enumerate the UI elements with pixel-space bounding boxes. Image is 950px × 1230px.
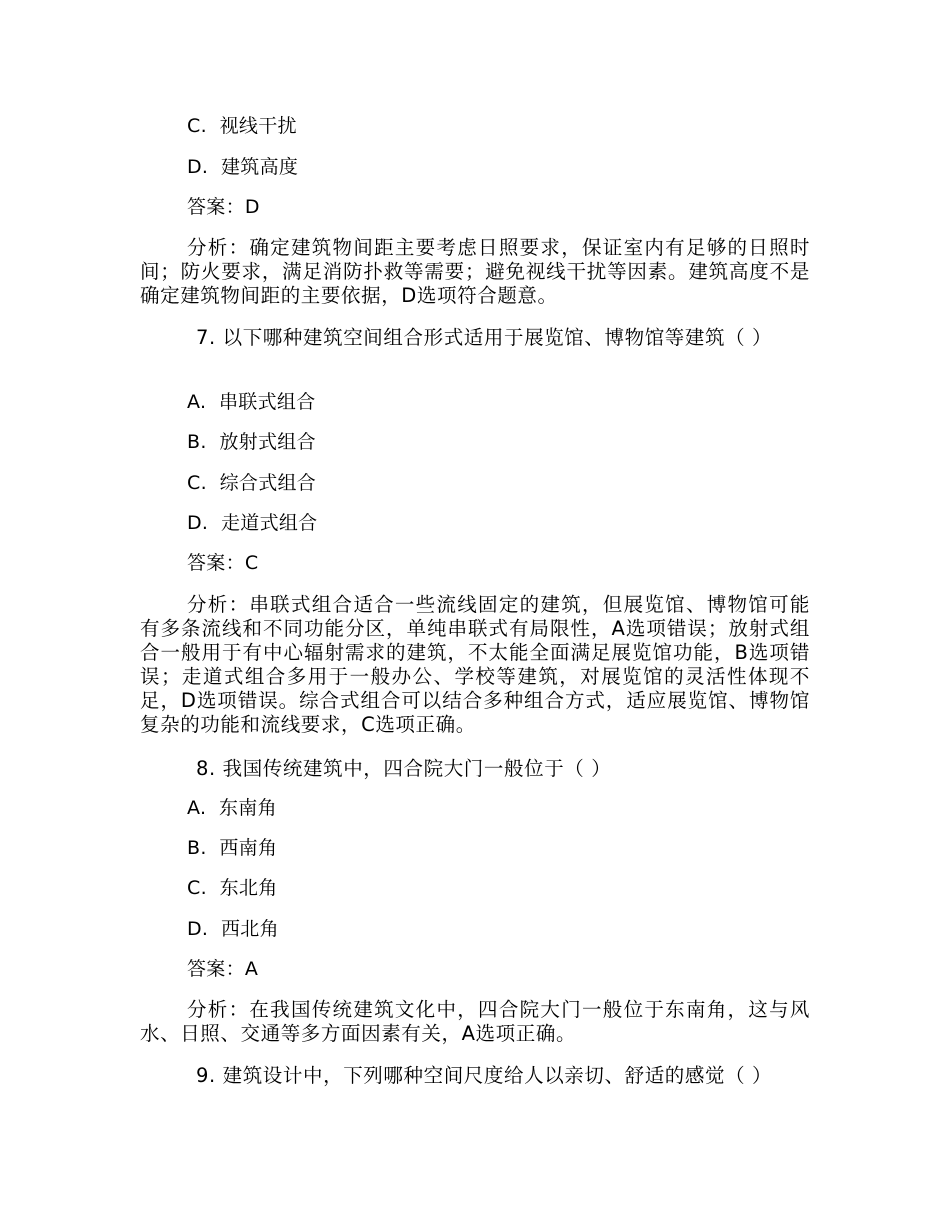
q8-question: 8. 我国传统建筑中，四合院大门一般位于（ ） (140, 757, 810, 781)
q6-answer: 答案：D (187, 195, 260, 219)
option-letter: A. (187, 391, 206, 413)
q8-option-a: A. 东南角 (187, 796, 277, 820)
q7-answer: 答案：C (187, 551, 258, 575)
q7-option-b: B. 放射式组合 (187, 430, 316, 454)
option-text: 串联式组合 (219, 391, 316, 413)
q8-option-c: C. 东北角 (187, 876, 278, 900)
option-letter: B. (187, 837, 207, 859)
option-letter: B. (187, 431, 207, 453)
q7-analysis: 分析：串联式组合适合一些流线固定的建筑，但展览馆、博物馆可能有多条流线和不同功能… (140, 593, 810, 737)
q7-question: 7. 以下哪种建筑空间组合形式适用于展览馆、博物馆等建筑（ ） (140, 326, 810, 350)
q8-option-d: D. 西北角 (187, 917, 279, 941)
option-letter: C. (187, 472, 207, 494)
option-text: 放射式组合 (219, 431, 316, 453)
q6-analysis: 分析：确定建筑物间距主要考虑日照要求，保证室内有足够的日照时间；防火要求，满足消… (140, 236, 810, 308)
option-letter: D. (187, 512, 208, 534)
option-text: 综合式组合 (220, 472, 317, 494)
q9-question: 9. 建筑设计中，下列哪种空间尺度给人以亲切、舒适的感觉（ ） (140, 1064, 810, 1088)
option-letter: A. (187, 797, 206, 819)
option-letter: C. (187, 877, 207, 899)
document-page: C. 视线干扰 D. 建筑高度 答案：D 分析：确定建筑物间距主要考虑日照要求，… (0, 0, 950, 1230)
option-text: 走道式组合 (221, 512, 318, 534)
option-text: 东南角 (219, 797, 277, 819)
option-text: 西南角 (219, 837, 277, 859)
option-letter: C. (187, 115, 207, 137)
q6-option-c: C. 视线干扰 (187, 114, 297, 138)
option-letter: D. (187, 918, 208, 940)
q8-answer: 答案：A (187, 957, 258, 981)
q7-option-d: D. 走道式组合 (187, 511, 317, 535)
option-text: 建筑高度 (221, 156, 298, 178)
option-text: 西北角 (221, 918, 279, 940)
option-text: 东北角 (220, 877, 278, 899)
q7-option-c: C. 综合式组合 (187, 471, 316, 495)
option-letter: D. (187, 156, 208, 178)
q7-option-a: A. 串联式组合 (187, 390, 316, 414)
q8-analysis: 分析：在我国传统建筑文化中，四合院大门一般位于东南角，这与风水、日照、交通等多方… (140, 998, 810, 1046)
q6-option-d: D. 建筑高度 (187, 155, 298, 179)
option-text: 视线干扰 (220, 115, 297, 137)
q8-option-b: B. 西南角 (187, 836, 277, 860)
